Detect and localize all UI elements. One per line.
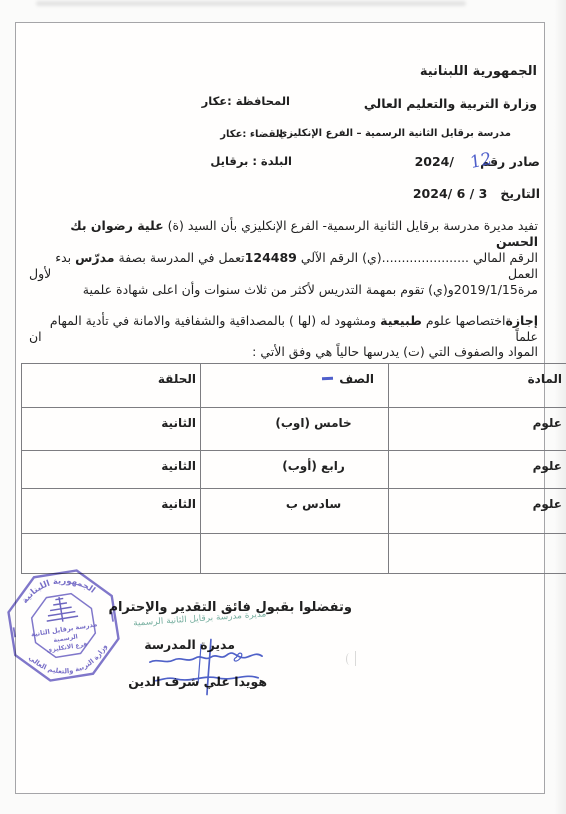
cell-class: رابع (أوب) [201, 451, 389, 489]
cell-class [201, 534, 389, 574]
table-row: علوم رابع (أوب) الثانية [22, 451, 566, 489]
stamp-top-text: الجمهورية اللبنانية [17, 570, 99, 607]
table-row: علوم سادس ب الثانية [22, 489, 566, 534]
cell-class: خامس (اوب) [201, 408, 389, 451]
specialty-word: طبيعية [380, 313, 422, 328]
scan-noise-mark [346, 651, 358, 667]
header-class-label: الصف [339, 372, 374, 386]
town-label: البلدة : برقايل [210, 154, 292, 168]
cell-cycle: الثانية [22, 489, 201, 534]
body-line-5: المواد والصفوف التي (ت) يدرسها حالياً هي… [29, 344, 538, 360]
cedar-icon [43, 595, 78, 624]
subjects-table: المادة الصف الحلقة علوم خامس (اوب) الثان… [21, 363, 566, 574]
salutation-line: وتفضلوا بقبول فائق التقدير والإحترام [108, 600, 352, 616]
cell-class: سادس ب [201, 489, 389, 534]
scanned-document-canvas: الجمهورية اللبنانية وزارة التربية والتعل… [0, 0, 566, 814]
cell-subject: علوم [389, 408, 566, 451]
registry-number: 124489 [245, 250, 297, 265]
job-title: مدرّس [75, 250, 114, 265]
header-subject: المادة [389, 364, 566, 408]
body-line-4: إجازةاختصاصها علوم طبيعية ومشهود له (لها… [29, 313, 538, 346]
body-line-3: مرة2019/1/15و(ي) تقوم بمهمة التدريس لأكث… [29, 282, 538, 298]
body-text: مرة2019/1/15و(ي) تقوم بمهمة التدريس لأكث… [83, 282, 538, 297]
cell-subject: علوم [389, 489, 566, 534]
body-line-1: تفيد مديرة مدرسة برقايل الثانية الرسمية-… [29, 218, 538, 251]
body-text: اختصاصها علوم [422, 313, 506, 328]
header-class: الصف [201, 364, 389, 408]
district-label: القضاء :عكار [220, 129, 283, 142]
ministry-heading: وزارة التربية والتعليم العالي [364, 96, 537, 112]
handwritten-signature [142, 636, 270, 698]
body-text: تعمل في المدرسة بصفة [115, 250, 245, 265]
body-text: المواد والصفوف التي (ت) يدرسها حالياً هي… [252, 344, 538, 359]
cell-cycle: الثانية [22, 451, 201, 489]
body-line-2: الرقم المالي ......................(ي) ا… [29, 250, 538, 283]
body-text: تفيد مديرة مدرسة برقايل الثانية الرسمية-… [164, 218, 538, 233]
header-cycle: الحلقة [22, 364, 201, 408]
table-header-row: المادة الصف الحلقة [22, 364, 566, 408]
cell-subject: علوم [389, 451, 566, 489]
republic-heading: الجمهورية اللبنانية [420, 64, 537, 80]
body-text: الرقم المالي ......................(ي) ا… [297, 250, 538, 265]
cell-cycle: الثانية [22, 408, 201, 451]
table-row: علوم خامس (اوب) الثانية [22, 408, 566, 451]
degree-word: إجازة [505, 313, 538, 328]
cell-subject [389, 534, 566, 574]
school-name: مدرسة برقايل الثانية الرسمية – الفرع الإ… [278, 128, 511, 141]
handwritten-dash-mark [322, 377, 333, 380]
official-octagonal-stamp: الجمهورية اللبنانية وزارة التربية والتعل… [0, 557, 132, 693]
governorate-label: المحافظة :عكار [202, 94, 290, 108]
scan-artifact-top [36, 1, 466, 6]
date-line: التاريخ 3 / 6 /2024 [413, 186, 540, 202]
